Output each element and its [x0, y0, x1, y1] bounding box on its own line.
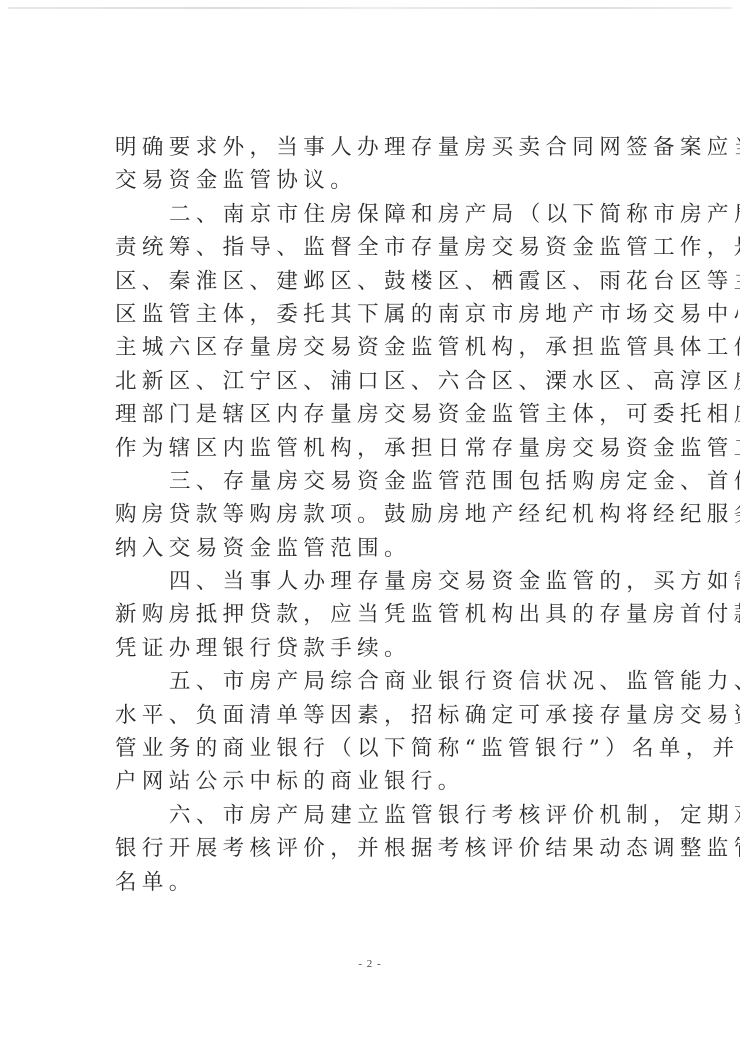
text-line: 交易资金监管协议。 [115, 164, 635, 197]
text-line: 购房贷款等购房款项。鼓励房地产经纪机构将经纪服务费用 [115, 498, 635, 531]
paragraph-2-start: 二、南京市住房保障和房产局（以下简称市房产局）负 [115, 198, 635, 231]
text-line: 银行开展考核评价，并根据考核评价结果动态调整监管银行 [115, 832, 635, 865]
document-body: 明确要求外，当事人办理存量房买卖合同网签备案应当签订 交易资金监管协议。 二、南… [115, 131, 635, 899]
text-line: 北新区、江宁区、浦口区、六合区、溧水区、高淳区房产管 [115, 365, 635, 398]
paragraph-4-start: 四、当事人办理存量房交易资金监管的，买方如需办理 [115, 565, 635, 598]
text-line: 管业务的商业银行（以下简称“监管银行”）名单，并通过门 [115, 732, 635, 765]
text-line: 区、秦淮区、建邺区、鼓楼区、栖霞区、雨花台区等主城六 [115, 265, 635, 298]
paragraph-3-start: 三、存量房交易资金监管范围包括购房定金、首付款、 [115, 465, 635, 498]
text-line: 新购房抵押贷款，应当凭监管机构出具的存量房首付款监管 [115, 598, 635, 631]
paragraph-6-start: 六、市房产局建立监管银行考核评价机制，定期对监管 [115, 799, 635, 832]
text-line: 责统筹、指导、监督全市存量房交易资金监管工作，是玄武 [115, 231, 635, 264]
text-line: 作为辖区内监管机构，承担日常存量房交易资金监管工作。 [115, 432, 635, 465]
page-number: - 2 - [0, 958, 740, 970]
text-line: 名单。 [115, 866, 635, 899]
text-line: 水平、负面清单等因素，招标确定可承接存量房交易资金监 [115, 699, 635, 732]
text-line: 凭证办理银行贷款手续。 [115, 632, 635, 665]
text-line: 区监管主体，委托其下属的南京市房地产市场交易中心作为 [115, 298, 635, 331]
paragraph-5-start: 五、市房产局综合商业银行资信状况、监管能力、服务 [115, 665, 635, 698]
text-line: 明确要求外，当事人办理存量房买卖合同网签备案应当签订 [115, 131, 635, 164]
text-line: 理部门是辖区内存量房交易资金监管主体，可委托相应机构 [115, 398, 635, 431]
text-line: 户网站公示中标的商业银行。 [115, 765, 635, 798]
text-line: 主城六区存量房交易资金监管机构，承担监管具体工作。江 [115, 331, 635, 364]
scan-top-edge [8, 7, 732, 9]
text-line: 纳入交易资金监管范围。 [115, 532, 635, 565]
